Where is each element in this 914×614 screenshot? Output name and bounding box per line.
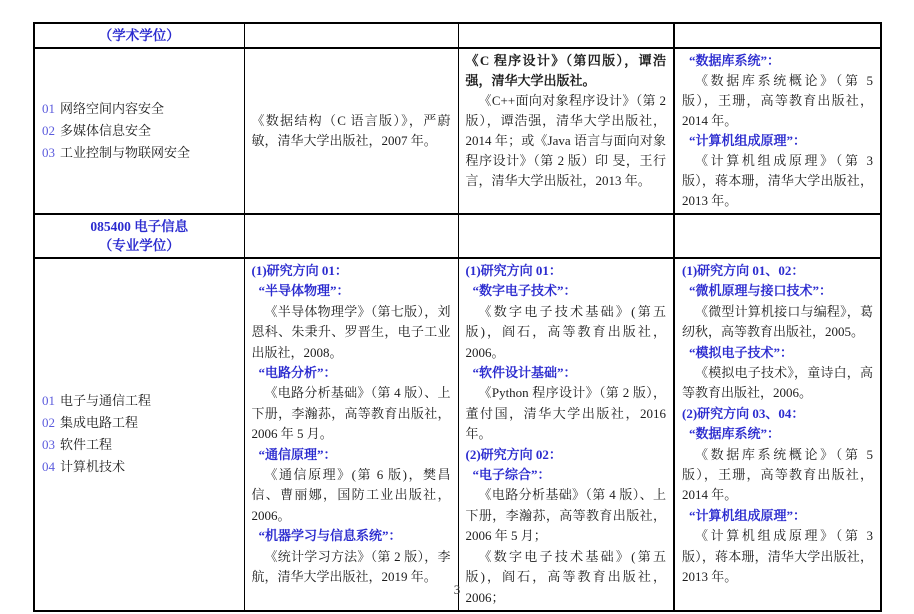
cell-r3-c1: 085400 电子信息 （专业学位）: [34, 214, 244, 258]
book-reference: 《电路分析基础》（第 4 版）、上下册，李瀚荪，高等教育出版社，2006 年 5…: [466, 485, 667, 546]
direction-label: 电子与通信工程: [60, 393, 151, 408]
direction-number: 04: [42, 459, 55, 474]
cell-r3-c2: [244, 214, 458, 258]
book-reference: 《数据结构（C 语言版）》，严蔚敏，清华大学出版社，2007 年。: [252, 111, 451, 151]
subject-heading: “数据库系统”：: [682, 51, 873, 71]
book-reference: 《数字电子技术基础》(第五版)，阎石，高等教育出版社，2006；: [466, 547, 667, 608]
cell-r2-c1: 01网络空间内容安全 02多媒体信息安全 03工业控制与物联网安全: [34, 48, 244, 214]
book-reference: 《Python 程序设计》（第 2 版），董付国，清华大学出版社，2016 年。: [466, 383, 667, 444]
subject-heading: “模拟电子技术”：: [682, 343, 873, 363]
subject-heading: “机器学习与信息系统”：: [252, 526, 451, 546]
subject-heading: “数字电子技术”：: [466, 281, 667, 301]
subject-heading: “通信原理”：: [252, 445, 451, 465]
direction-number: 01: [42, 393, 55, 408]
subject-heading: “微机原理与接口技术”：: [682, 281, 873, 301]
research-direction-item: 03工业控制与物联网安全: [42, 142, 237, 164]
research-direction-item: 01电子与通信工程: [42, 390, 237, 412]
cell-r1-c1: （学术学位）: [34, 23, 244, 48]
direction-heading: (1)研究方向 01：: [466, 261, 667, 281]
direction-number: 02: [42, 415, 55, 430]
book-reference: 《数字电子技术基础》(第五版)，阎石，高等教育出版社，2006。: [466, 302, 667, 363]
research-direction-item: 02多媒体信息安全: [42, 120, 237, 142]
table-row: 01电子与通信工程 02集成电路工程 03软件工程 04计算机技术 (1)研究方…: [34, 258, 881, 611]
cell-r1-c3: [458, 23, 674, 48]
subject-heading: “软件设计基础”：: [466, 363, 667, 383]
research-direction-item: 01网络空间内容安全: [42, 98, 237, 120]
direction-number: 01: [42, 101, 55, 116]
subject-heading: “电子综合”：: [466, 465, 667, 485]
direction-number: 03: [42, 145, 55, 160]
subject-heading: “计算机组成原理”：: [682, 506, 873, 526]
table-row: 085400 电子信息 （专业学位）: [34, 214, 881, 258]
cell-r4-c4: (1)研究方向 01、02： “微机原理与接口技术”： 《微型计算机接口与编程》…: [674, 258, 881, 611]
book-reference: 《计算机组成原理》（第 3 版），蒋本珊，清华大学出版社，2013 年。: [682, 526, 873, 587]
direction-heading: (2)研究方向 03、04：: [682, 404, 873, 424]
direction-label: 工业控制与物联网安全: [60, 145, 190, 160]
research-direction-item: 02集成电路工程: [42, 412, 237, 434]
book-reference: 《C 程序设计》（第四版），谭浩强，清华大学出版社。: [466, 51, 667, 91]
cell-r4-c2: (1)研究方向 01： “半导体物理”： 《半导体物理学》（第七版），刘恩科、朱…: [244, 258, 458, 611]
direction-label: 集成电路工程: [60, 415, 138, 430]
subject-heading: “半导体物理”：: [252, 281, 451, 301]
page-number: 3: [0, 582, 914, 598]
book-reference: 《数据库系统概论》（第 5 版），王珊，高等教育出版社，2014 年。: [682, 71, 873, 131]
book-reference: 《数据库系统概论》（第 5 版），王珊，高等教育出版社，2014 年。: [682, 445, 873, 506]
admission-reference-table: （学术学位） 01网络空间内容安全 02多媒体信息安全 03工业控制与物联网安全…: [33, 22, 882, 612]
program-code-label: 085400 电子信息: [42, 217, 237, 236]
direction-number: 02: [42, 123, 55, 138]
table-row: （学术学位）: [34, 23, 881, 48]
book-reference: 《模拟电子技术》，童诗白，高等教育出版社，2006。: [682, 363, 873, 404]
cell-r1-c2: [244, 23, 458, 48]
subject-heading: “电路分析”：: [252, 363, 451, 383]
research-direction-item: 04计算机技术: [42, 456, 237, 478]
direction-label: 网络空间内容安全: [60, 101, 164, 116]
direction-label: 计算机技术: [60, 459, 125, 474]
professional-degree-label: （专业学位）: [42, 236, 237, 255]
direction-heading: (2)研究方向 02：: [466, 445, 667, 465]
direction-label: 多媒体信息安全: [60, 123, 151, 138]
table-row: 01网络空间内容安全 02多媒体信息安全 03工业控制与物联网安全 《数据结构（…: [34, 48, 881, 214]
research-direction-item: 03软件工程: [42, 434, 237, 456]
cell-r2-c2: 《数据结构（C 语言版）》，严蔚敏，清华大学出版社，2007 年。: [244, 48, 458, 214]
direction-heading: (1)研究方向 01：: [252, 261, 451, 281]
cell-r2-c3: 《C 程序设计》（第四版），谭浩强，清华大学出版社。 《C++面向对象程序设计》…: [458, 48, 674, 214]
cell-r3-c3: [458, 214, 674, 258]
direction-heading: (1)研究方向 01、02：: [682, 261, 873, 281]
direction-number: 03: [42, 437, 55, 452]
book-reference: 《计算机组成原理》（第 3 版），蒋本珊，清华大学出版社，2013 年。: [682, 151, 873, 211]
book-reference: 《微型计算机接口与编程》，葛纫秋，高等教育出版社，2005。: [682, 302, 873, 343]
direction-label: 软件工程: [60, 437, 112, 452]
cell-r4-c3: (1)研究方向 01： “数字电子技术”： 《数字电子技术基础》(第五版)，阎石…: [458, 258, 674, 611]
subject-heading: “计算机组成原理”：: [682, 131, 873, 151]
academic-degree-label: （学术学位）: [42, 26, 237, 45]
book-reference: 《C++面向对象程序设计》（第 2 版），谭浩强，清华大学出版社，2014 年；…: [466, 91, 667, 191]
cell-r4-c1: 01电子与通信工程 02集成电路工程 03软件工程 04计算机技术: [34, 258, 244, 611]
cell-r2-c4: “数据库系统”： 《数据库系统概论》（第 5 版），王珊，高等教育出版社，201…: [674, 48, 881, 214]
book-reference: 《通信原理》(第 6 版)，樊昌信、曹丽娜，国防工业出版社，2006。: [252, 465, 451, 526]
subject-heading: “数据库系统”：: [682, 424, 873, 444]
book-reference: 《半导体物理学》（第七版），刘恩科、朱秉升、罗晋生，电子工业出版社，2008。: [252, 302, 451, 363]
cell-r1-c4: [674, 23, 881, 48]
book-reference: 《电路分析基础》（第 4 版）、上下册，李瀚荪，高等教育出版社，2006 年 5…: [252, 383, 451, 444]
cell-r3-c4: [674, 214, 881, 258]
